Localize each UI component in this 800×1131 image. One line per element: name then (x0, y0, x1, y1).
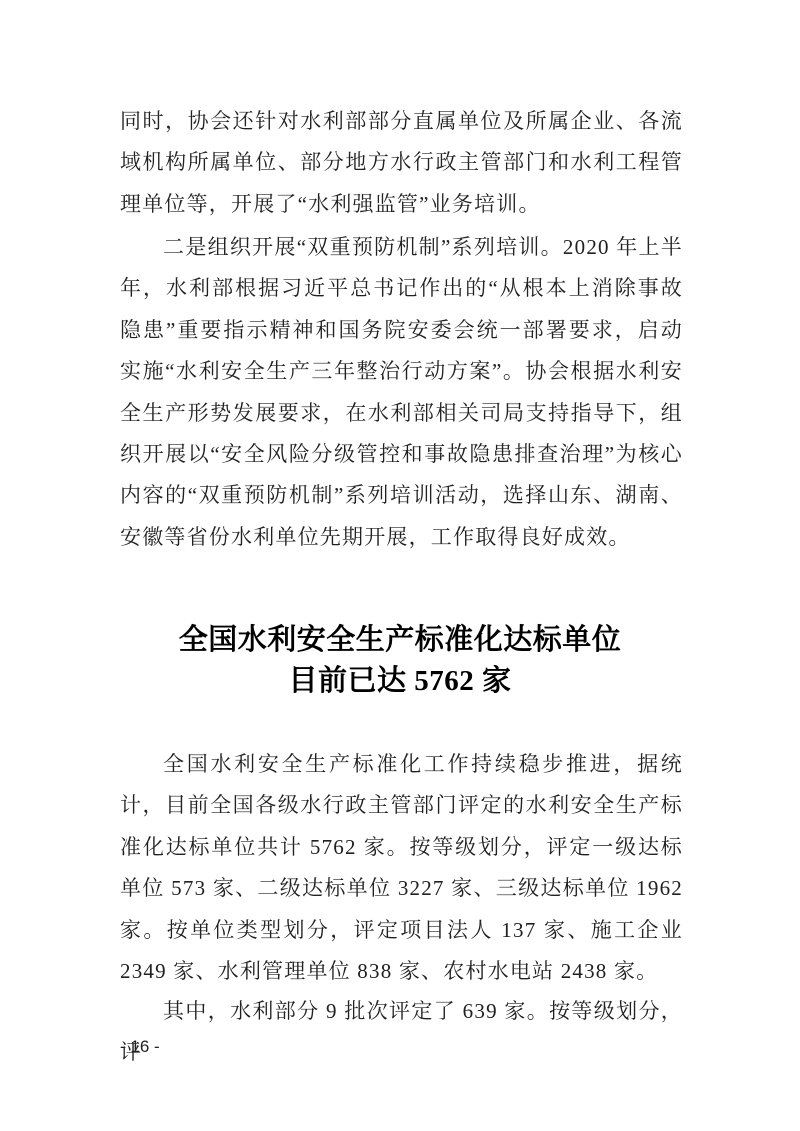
paragraph-ministry-stats-partial: 其中，水利部分 9 批次评定了 639 家。按等级划分，评 (120, 991, 683, 1074)
paragraph-continuation: 同时，协会还针对水利部部分直属单位及所属企业、各流域机构所属单位、部分地方水行政… (120, 101, 683, 225)
article-title: 全国水利安全生产标准化达标单位 目前已达 5762 家 (0, 620, 800, 702)
document-page: 同时，协会还针对水利部部分直属单位及所属企业、各流域机构所属单位、部分地方水行政… (0, 0, 800, 1131)
page-number: - 16 - (120, 1037, 160, 1057)
article-title-line-1: 全国水利安全生产标准化达标单位 (0, 620, 800, 661)
article-title-line-2: 目前已达 5762 家 (0, 661, 800, 702)
paragraph-dual-prevention-training: 二是组织开展“双重预防机制”系列培训。2020 年上半年，水利部根据习近平总书记… (120, 227, 683, 558)
paragraph-standardization-stats: 全国水利安全生产标准化工作持续稳步推进，据统计，目前全国各级水行政主管部门评定的… (120, 744, 683, 992)
